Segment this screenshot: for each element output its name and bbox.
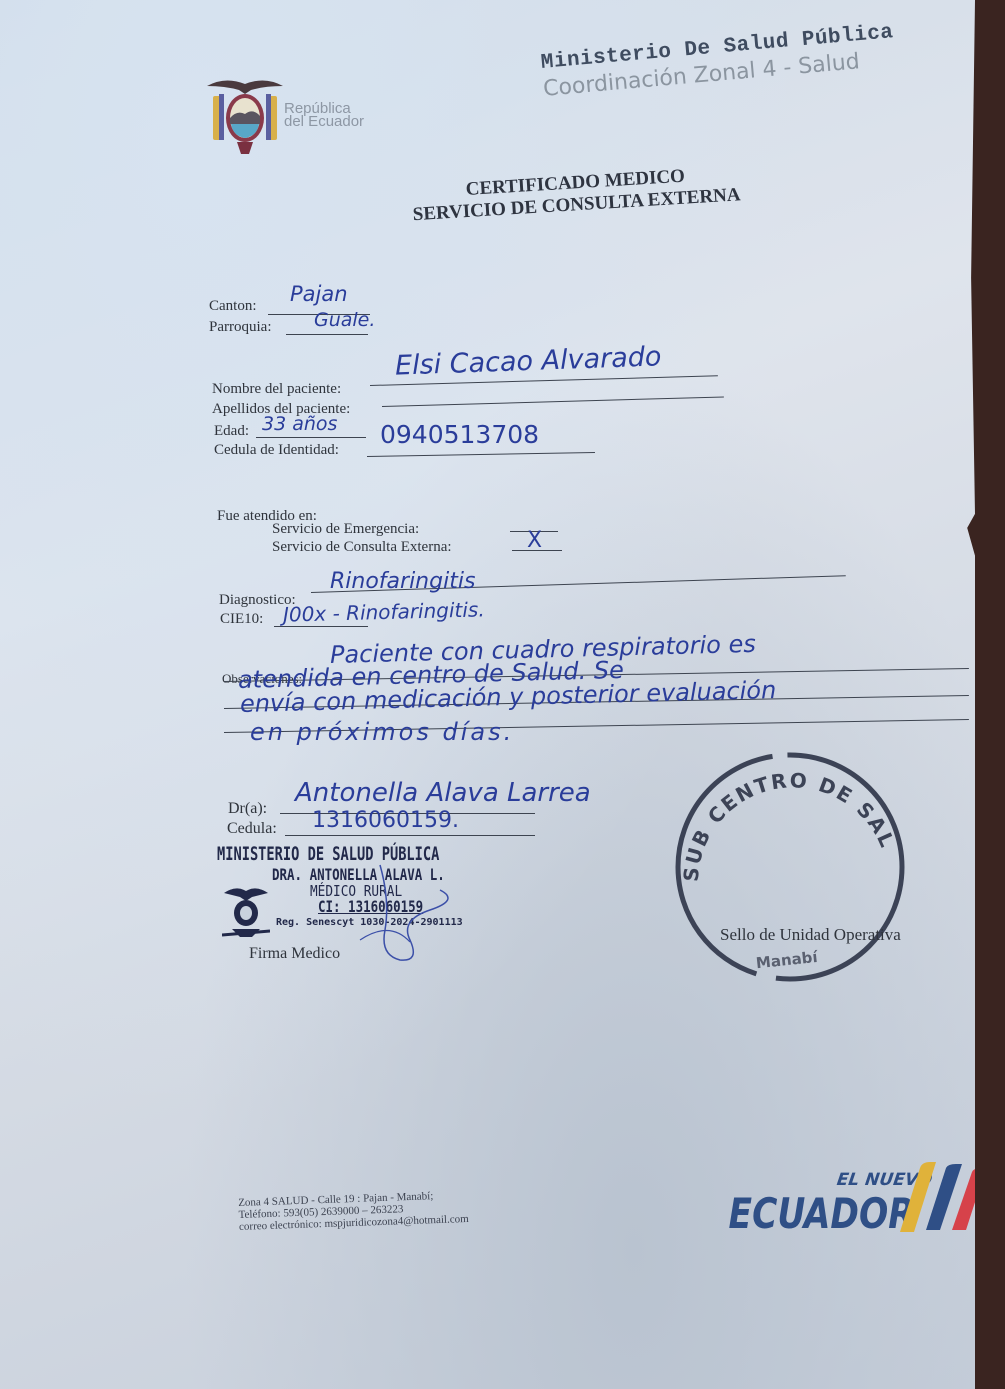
el-nuevo-ecuador-logo: EL NUEVO ECUADOR [722, 1158, 987, 1238]
edad-label: Edad: [214, 423, 249, 440]
nombre-value[interactable]: Elsi Cacao Alvarado [395, 341, 662, 381]
doctor-cedula-value[interactable]: 1316060159. [312, 808, 459, 833]
cie10-label: CIE10: [220, 611, 263, 628]
signature-scribble [350, 860, 470, 970]
parroquia-line [286, 334, 368, 335]
edad-line [256, 437, 366, 438]
doctor-label: Dr(a): [228, 800, 267, 818]
coat-of-arms-icon [205, 72, 285, 158]
doctor-cedula-line [285, 835, 535, 836]
ministry-header: Ministerio De Salud Pública Coordinación… [540, 21, 897, 102]
diagnostico-value[interactable]: Rinofaringitis [330, 569, 475, 594]
svg-text:Sello de Unidad Operativa: Sello de Unidad Operativa [720, 925, 901, 944]
svg-text:ECUADOR: ECUADOR [729, 1190, 915, 1238]
ministry-shield-icon [222, 885, 270, 940]
nombre-label: Nombre del paciente: [212, 381, 341, 398]
canton-value[interactable]: Pajan [290, 282, 348, 306]
parroquia-label: Parroquia: [209, 319, 271, 336]
consulta-externa-label: Servicio de Consulta Externa: [272, 539, 452, 556]
apellidos-line [382, 396, 724, 407]
doctor-cedula-label: Cedula: [227, 820, 277, 838]
cedula-label: Cedula de Identidad: [214, 442, 339, 459]
cie10-value[interactable]: J00x - Rinofaringitis. [283, 597, 485, 626]
footer-contact: Zona 4 SALUD - Calle 19 : Pajan - Manabí… [238, 1189, 469, 1233]
republic-label: República del Ecuador [284, 102, 364, 128]
observaciones-line-4[interactable]: en próximos días. [250, 718, 514, 746]
certificate-paper: República del Ecuador Ministerio De Salu… [0, 0, 975, 1389]
firma-medico-caption: Firma Medico [249, 945, 340, 963]
cedula-value[interactable]: 0940513708 [380, 420, 539, 449]
doctor-value[interactable]: Antonella Alava Larrea [295, 778, 591, 808]
unit-seal-stamp: SUB CENTRO DE SALUD GUALE Sello de Unida… [668, 742, 913, 987]
svg-text:SUB CENTRO DE SALUD GUALE: SUB CENTRO DE SALUD GUALE [668, 742, 900, 883]
svg-text:Manabí: Manabí [755, 948, 819, 972]
document-title: CERTIFICADO MEDICO SERVICIO DE CONSULTA … [400, 162, 752, 227]
canton-label: Canton: [209, 298, 257, 315]
edad-value[interactable]: 33 años [262, 413, 337, 435]
emergencia-label: Servicio de Emergencia: [272, 521, 419, 538]
cedula-line [367, 452, 595, 457]
consulta-externa-mark[interactable]: X [527, 528, 542, 553]
parroquia-value[interactable]: Guale. [314, 309, 375, 331]
